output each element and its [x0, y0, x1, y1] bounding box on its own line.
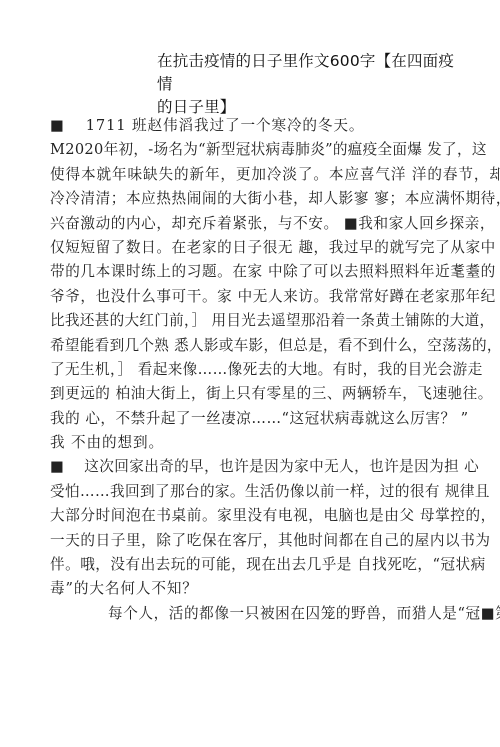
- body-line: ■ 1711 班赵伟滔我过了一个寒冷的冬天。: [50, 114, 460, 138]
- document-body: ■ 1711 班赵伟滔我过了一个寒冷的冬天。 M2020年初，-场名为“新型冠状…: [50, 114, 460, 626]
- body-line: ■ 这次回家出奇的早，也许是因为家中无人，也许是因为担 心: [50, 455, 460, 479]
- body-line: M2020年初，-场名为“新型冠状病毒肺炎”的瘟疫全面爆 发了，这: [50, 138, 460, 162]
- body-line: 一天的日子里，除了吃保在客厅，其他时间都在自己的屋内以书为: [50, 529, 460, 553]
- body-line: 冷冷清清；本应热热闹闹的大街小巷，却人影寥 寥；本应满怀期待，: [50, 187, 460, 211]
- body-line: 了无生机，］ 看起来像……像死去的大地。有时，我的目光会游走: [50, 358, 460, 382]
- body-line: 大部分时间泡在书桌前。家里没有电视，电脑也是由父 母掌控的，: [50, 504, 460, 528]
- body-line: 带的几本课时练上的习题。在家 中除了可以去照料照料年近耄耋的: [50, 260, 460, 284]
- document-title: 在抗击疫情的日子里作文600字【在四面疫情 的日子里】: [157, 50, 467, 119]
- body-line: 使得本就年味缺失的新年，更加冷淡了。本应喜气洋 洋的春节，却: [50, 163, 460, 187]
- body-line: 兴奋激动的内心，却充斥着紧张，与不安。 ■我和家人回乡探亲，: [50, 212, 460, 236]
- body-line: 我的 心，不禁升起了一丝凄凉……“这冠状病毒就这么厉害？ ”: [50, 407, 460, 431]
- body-line: 受怕……我回到了那台的家。生活仍像以前一样，过的很有 规律且: [50, 480, 460, 504]
- body-line: 比我还甚的大红门前，］ 用目光去遥望那沿着一条黄土铺陈的大道，: [50, 309, 460, 333]
- body-line: 伴。哦，没有出去玩的可能，现在出去几乎是 自找死吃，“冠状病: [50, 553, 460, 577]
- body-line: 毒”的大名何人不知？: [50, 577, 460, 601]
- title-line: 在抗击疫情的日子里作文600字【在四面疫情: [157, 50, 467, 96]
- body-line: 仅短短留了数日。在老家的日子很无 趣，我过早的就写完了从家中: [50, 236, 460, 260]
- body-line: 爷爷，也没什么事可干。家 中无人来访。我常常好蹲在老家那年纪: [50, 285, 460, 309]
- body-line: 每个人，活的都像一只被困在囚笼的野兽，而猎人是“冠■第: [50, 602, 460, 626]
- body-line: 到更远的 柏油大街上，街上只有零星的三、两辆轿车，飞速驰往。: [50, 382, 460, 406]
- body-line: 希望能看到几个熟 悉人影或车影，但总是，看不到什么，空荡荡的，: [50, 334, 460, 358]
- body-line: 我 不由的想到。: [50, 431, 460, 455]
